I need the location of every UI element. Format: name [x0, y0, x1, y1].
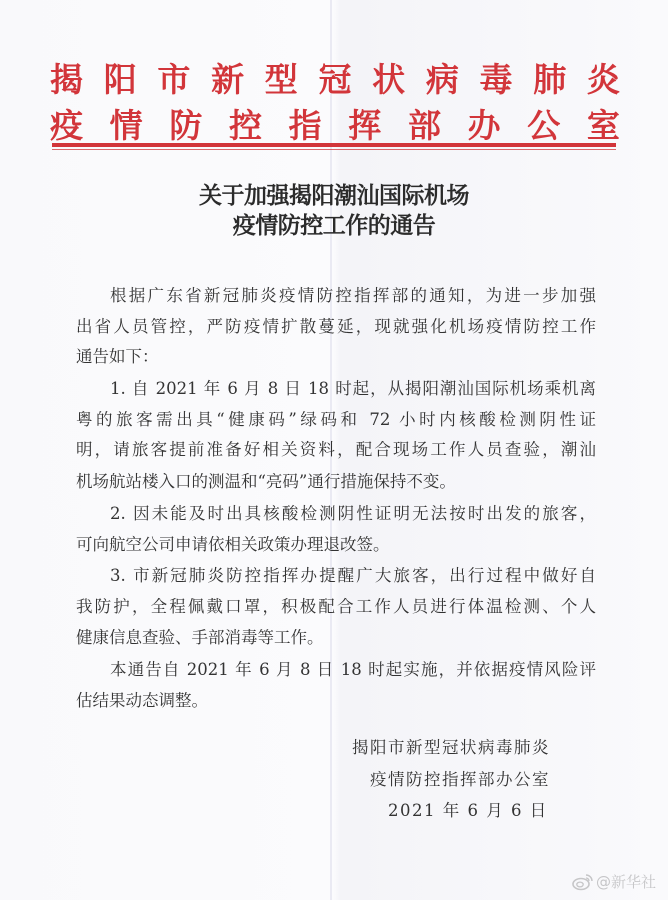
body-line: 明，请旅客提前准备好相关资料，配合现场工作人员查验，潮汕 — [76, 440, 596, 460]
header-divider-thick — [52, 143, 616, 147]
header-char: 挥 — [348, 106, 381, 146]
header-char: 室 — [587, 106, 620, 146]
header-divider-thin — [52, 149, 616, 150]
signature-org-line2: 疫情防控指挥部办公室 — [370, 766, 550, 790]
body-line: 机场航站楼入口的测温和“亮码”通行措施保持不变。 — [76, 472, 596, 492]
signature-org-line1: 揭阳市新型冠状病毒肺炎 — [352, 734, 550, 758]
body-line: 可向航空公司申请依相关政策办理退改签。 — [76, 535, 596, 555]
body-line: 出省人员管控，严防疫情扩散蔓延，现就强化机场疫情防控工作 — [76, 317, 596, 337]
header-char: 型 — [265, 60, 298, 100]
body-line: 根据广东省新冠肺炎疫情防控指挥部的通知，为进一步加强 — [110, 286, 596, 306]
header-char: 状 — [372, 60, 405, 100]
header-char: 病 — [426, 60, 459, 100]
header-char: 公 — [527, 106, 560, 146]
header-org-name-line2: 疫 情 防 控 指 挥 部 办 公 室 — [50, 106, 620, 146]
document-title-line2: 疫情防控工作的通告 — [0, 207, 668, 240]
header-char: 控 — [229, 106, 262, 146]
header-char: 疫 — [50, 106, 83, 146]
source-watermark: @新华社 — [572, 871, 656, 892]
body-line: 我防护，全程佩戴口罩，积极配合工作人员进行体温检测、个人 — [76, 597, 596, 617]
body-line: 健康信息查验、手部消毒等工作。 — [76, 628, 596, 648]
header-char: 指 — [289, 106, 322, 146]
header-char: 情 — [110, 106, 143, 146]
header-char: 新 — [211, 60, 244, 100]
header-char: 阳 — [104, 60, 137, 100]
body-line: 通告如下： — [76, 347, 596, 367]
body-line: 估结果动态调整。 — [76, 691, 596, 711]
document-title-line1: 关于加强揭阳潮汕国际机场 — [0, 177, 668, 210]
body-line: 3. 市新冠肺炎防控指挥办提醒广大旅客，出行过程中做好自 — [110, 566, 596, 586]
header-char: 揭 — [50, 60, 83, 100]
watermark-text: @新华社 — [596, 871, 656, 892]
header-char: 部 — [408, 106, 441, 146]
body-line: 2. 因未能及时出具核酸检测阴性证明无法按时出发的旅客， — [110, 504, 596, 524]
header-char: 毒 — [480, 60, 513, 100]
body-line: 本通告自 2021 年 6 月 8 日 18 时起实施，并依据疫情风险评 — [110, 660, 596, 680]
header-char: 冠 — [318, 60, 351, 100]
header-char: 肺 — [533, 60, 566, 100]
header-char: 办 — [468, 106, 501, 146]
document-page: 揭 阳 市 新 型 冠 状 病 毒 肺 炎 疫 情 防 控 指 挥 部 办 公 … — [0, 0, 668, 900]
body-line: 粤的旅客需出具“健康码”绿码和 72 小时内核酸检测阴性证 — [76, 410, 596, 430]
signature-date: 2021 年 6 月 6 日 — [388, 797, 548, 821]
header-char: 防 — [169, 106, 202, 146]
header-org-name-line1: 揭 阳 市 新 型 冠 状 病 毒 肺 炎 — [50, 60, 620, 100]
body-line: 1. 自 2021 年 6 月 8 日 18 时起，从揭阳潮汕国际机场乘机离 — [110, 379, 596, 399]
header-char: 炎 — [587, 60, 620, 100]
header-char: 市 — [157, 60, 190, 100]
weibo-icon — [572, 873, 594, 891]
